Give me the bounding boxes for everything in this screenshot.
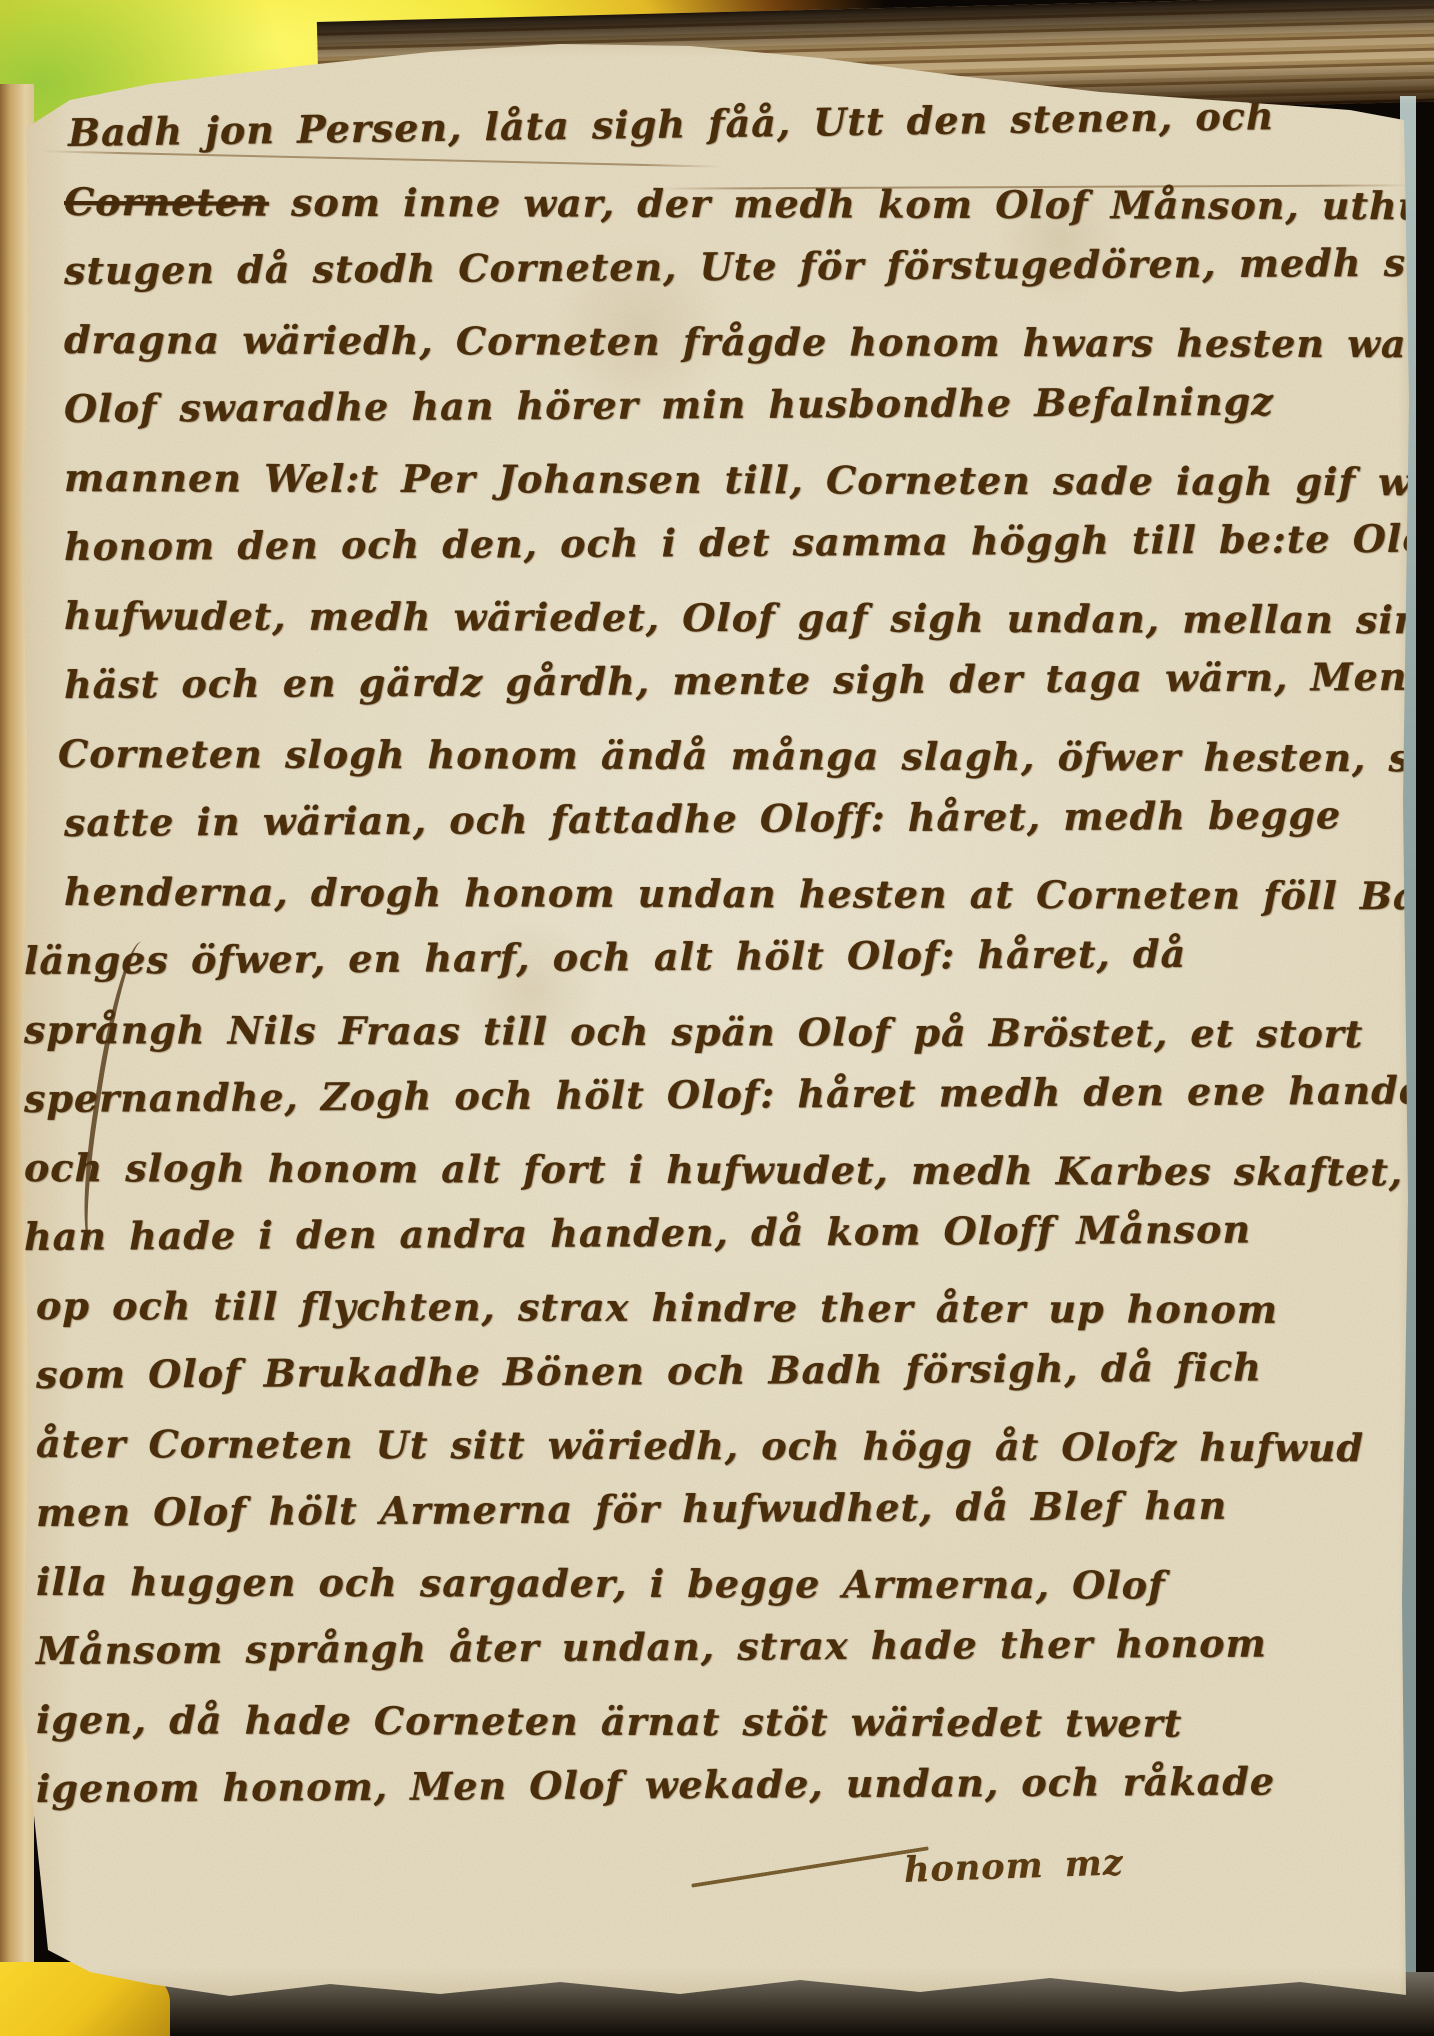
manuscript-line: honom den och den, och i det samma höggh…: [64, 504, 1378, 581]
manuscript-paper: Badh jon Persen, låta sigh fåå, Utt den …: [0, 0, 1434, 2036]
line-text: länges öfwer, en harf, och alt hölt Olof…: [24, 931, 1186, 983]
manuscript-line: Olof swaradhe han hörer min husbondhe Be…: [64, 366, 1378, 443]
line-text: dragna wäriedh, Corneten frågde honom hw…: [64, 317, 1434, 366]
manuscript-line: men Olof hölt Armerna för hufwudhet, då …: [36, 1470, 1378, 1547]
line-text: Olof swaradhe han hörer min husbondhe Be…: [64, 379, 1274, 431]
line-text: Badh jon Persen, låta sigh fåå, Utt den …: [68, 93, 1275, 155]
catchword-text: honom mz: [903, 1842, 1124, 1891]
line-text: stugen då stodh Corneten, Ute för förstu…: [64, 240, 1434, 293]
line-text: illa huggen och sargader, i begge Armern…: [36, 1559, 1166, 1608]
line-text: Månsom språngh åter undan, strax hade th…: [36, 1620, 1267, 1673]
line-text: som Olof Brukadhe Bönen och Badh försigh…: [36, 1345, 1262, 1397]
line-text: spernandhe, Zogh och hölt Olof: håret me…: [24, 1067, 1434, 1121]
line-text: op och till flychten, strax hindre ther …: [36, 1283, 1278, 1332]
line-text: henderna, drogh honom undan hesten at Co…: [64, 869, 1434, 918]
scanned-manuscript-page: Badh jon Persen, låta sigh fåå, Utt den …: [0, 0, 1434, 2036]
line-text: som inne war, der medh kom Olof Månson, …: [269, 180, 1434, 229]
catchword: honom mz: [690, 1846, 1124, 1887]
manuscript-line: spernandhe, Zogh och hölt Olof: håret me…: [24, 1056, 1378, 1133]
line-text: han hade i den andra handen, då kom Olof…: [24, 1207, 1251, 1259]
flourish-stroke: [691, 1846, 929, 1887]
line-text: men Olof hölt Armerna för hufwudhet, då …: [36, 1483, 1227, 1535]
manuscript-text: Badh jon Persen, låta sigh fåå, Utt den …: [64, 98, 1378, 1823]
manuscript-line: han hade i den andra handen, då kom Olof…: [24, 1194, 1378, 1271]
manuscript-line: satte in wärian, och fattadhe Oloff: hår…: [64, 780, 1378, 857]
line-text: språngh Nils Fraas till och spän Olof på…: [24, 1007, 1363, 1056]
line-text: häst och en gärdz gårdh, mente sigh der …: [64, 654, 1408, 707]
manuscript-line: stugen då stodh Corneten, Ute för förstu…: [64, 228, 1378, 305]
line-text: igenom honom, Men Olof wekade, undan, oc…: [36, 1758, 1275, 1811]
manuscript-line: som Olof Brukadhe Bönen och Badh försigh…: [36, 1332, 1378, 1409]
line-text: åter Corneten Ut sitt wäriedh, och högg …: [36, 1421, 1364, 1470]
line-text: och slogh honom alt fort i hufwudet, med…: [24, 1145, 1403, 1194]
manuscript-line: Månsom språngh åter undan, strax hade th…: [36, 1608, 1378, 1685]
line-text: honom den och den, och i det samma höggh…: [64, 515, 1434, 569]
line-text: satte in wärian, och fattadhe Oloff: hår…: [64, 792, 1341, 845]
line-text: mannen Wel:t Per Johansen till, Corneten…: [64, 455, 1434, 504]
line-text: igen, då hade Corneten ärnat stöt wäried…: [36, 1697, 1182, 1746]
manuscript-line: häst och en gärdz gårdh, mente sigh der …: [64, 642, 1378, 719]
struck-word: Corneten: [64, 179, 269, 225]
line-text: hufwudet, medh wäriedet, Olof gaf sigh u…: [64, 593, 1423, 642]
manuscript-line: igenom honom, Men Olof wekade, undan, oc…: [36, 1746, 1378, 1823]
manuscript-line: länges öfwer, en harf, och alt hölt Olof…: [24, 918, 1378, 995]
line-text: Corneten slogh honom ändå många slagh, ö…: [58, 731, 1434, 781]
